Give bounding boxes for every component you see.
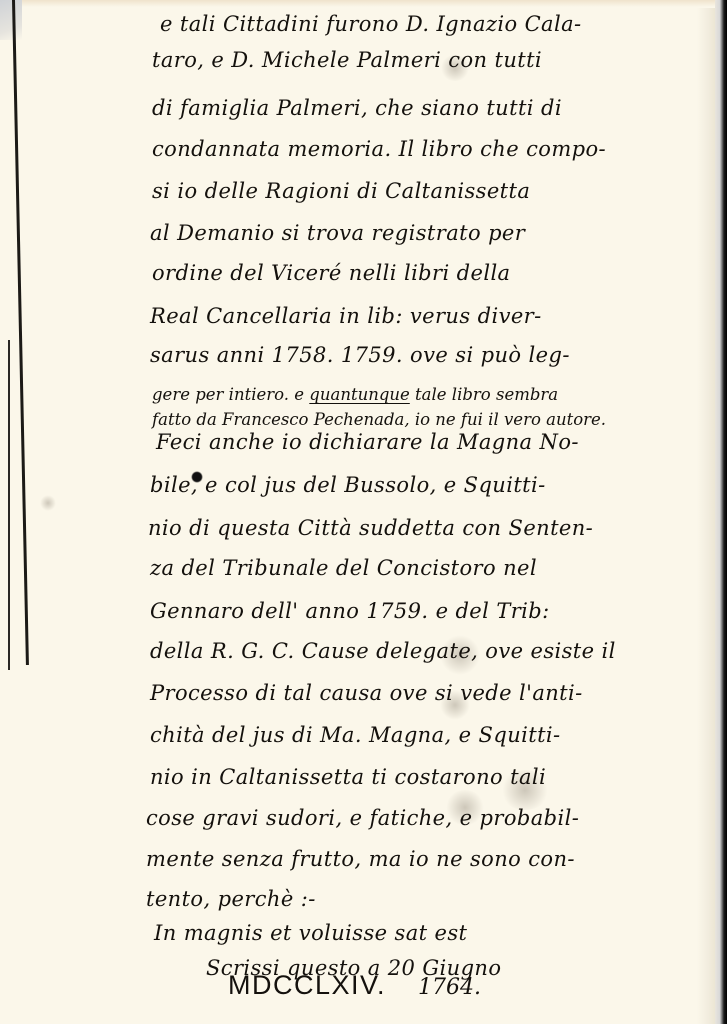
underlined-word: quantunque: [309, 385, 410, 404]
manuscript-line: gere per intiero. e quantunque tale libr…: [152, 387, 558, 404]
manuscript-line: chità del jus di Ma. Magna, e Squitti-: [150, 725, 561, 746]
manuscript-line: e tali Cittadini furono D. Ignazio Cala-: [160, 14, 582, 35]
foxing-stain: [40, 495, 56, 511]
binding-rule-line: [12, 0, 29, 665]
date-line: MDCCLXIV. 1764.: [228, 972, 481, 1000]
manuscript-line: condannata memoria. Il libro che compo-: [152, 139, 606, 160]
manuscript-scan: e tali Cittadini furono D. Ignazio Cala-…: [0, 0, 727, 1024]
page-right-fold: [697, 8, 715, 1024]
manuscript-line: si io delle Ragioni di Caltanissetta: [152, 181, 530, 202]
manuscript-line: di famiglia Palmeri, che siano tutti di: [152, 98, 562, 119]
page-top-edge: [0, 0, 727, 7]
manuscript-line: tento, perchè :-: [146, 889, 316, 910]
roman-numeral-year: MDCCLXIV.: [228, 970, 386, 1000]
manuscript-line: Feci anche io dichiarare la Magna No-: [156, 432, 579, 453]
page-right-edge-shadow: [715, 0, 727, 1024]
manuscript-line: cose gravi sudori, e fatiche, e probabil…: [146, 808, 579, 829]
manuscript-line: In magnis et voluisse sat est: [154, 923, 467, 944]
manuscript-line: al Demanio si trova registrato per: [150, 223, 525, 244]
manuscript-line: Processo di tal causa ove si vede l'anti…: [150, 683, 583, 704]
numeric-year: 1764.: [418, 975, 481, 1000]
manuscript-line: della R. G. C. Cause delegate, ove esist…: [150, 641, 616, 662]
manuscript-line: sarus anni 1758. 1759. ove si può leg-: [150, 345, 570, 366]
manuscript-line: Gennaro dell' anno 1759. e del Trib:: [150, 601, 550, 622]
scanner-backing-corner: [0, 0, 22, 40]
manuscript-line: za del Tribunale del Concistoro nel: [150, 558, 537, 579]
manuscript-line: Real Cancellaria in lib: verus diver-: [150, 306, 542, 327]
manuscript-line: bile, e col jus del Bussolo, e Squitti-: [150, 475, 546, 496]
manuscript-line: nio in Caltanissetta ti costarono tali: [150, 767, 546, 788]
binding-rule-line-lower: [8, 340, 10, 670]
manuscript-line: mente senza frutto, ma io ne sono con-: [146, 849, 575, 870]
manuscript-line: nio di questa Città suddetta con Senten-: [148, 518, 593, 539]
manuscript-line: taro, e D. Michele Palmeri con tutti: [152, 50, 542, 71]
manuscript-line: fatto da Francesco Pechenada, io ne fui …: [152, 412, 606, 429]
manuscript-line: ordine del Viceré nelli libri della: [152, 263, 510, 284]
